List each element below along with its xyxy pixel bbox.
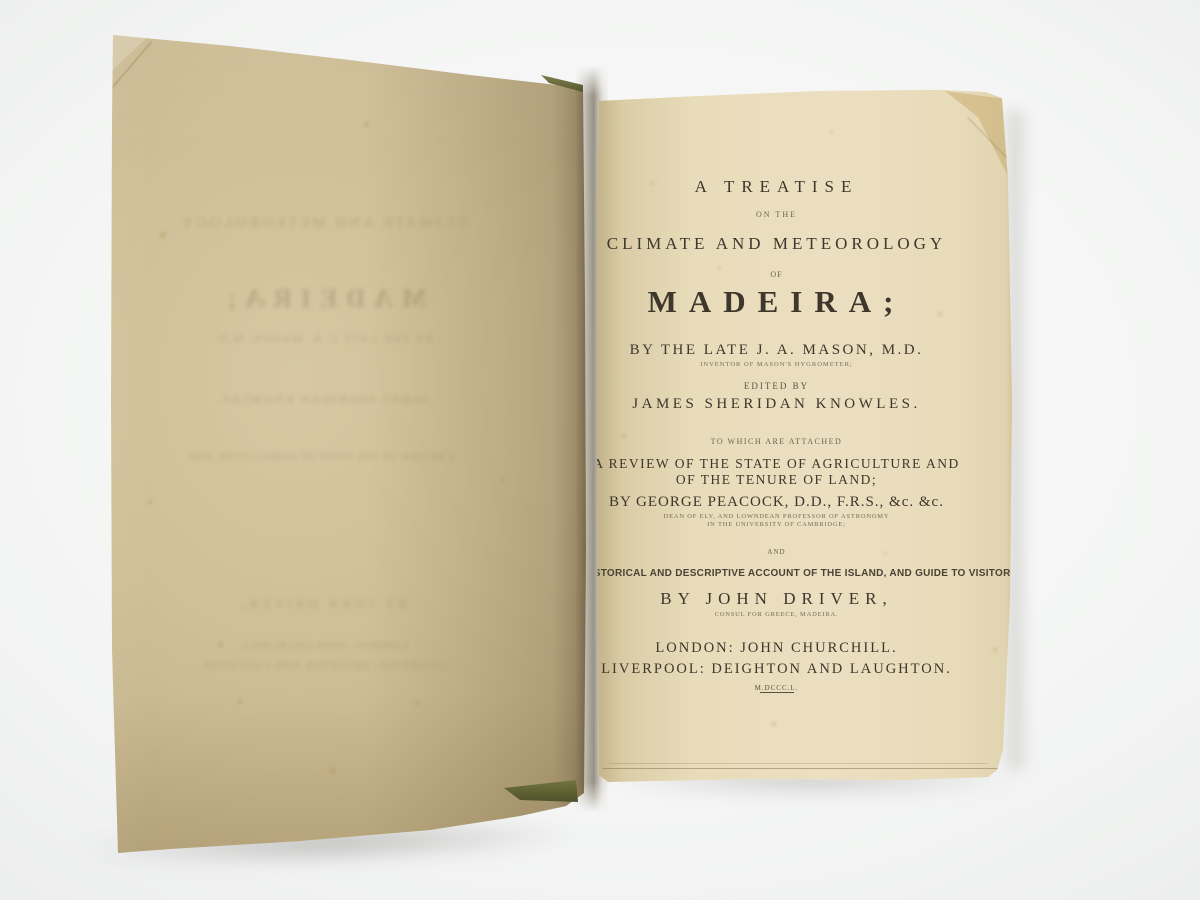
title-line-on-the: ON THE bbox=[565, 210, 988, 219]
and-line: AND bbox=[565, 548, 988, 556]
edited-by-line: EDITED BY bbox=[565, 381, 988, 391]
author-note-line: INVENTOR OF MASON'S HYGROMETER; bbox=[565, 361, 988, 368]
foxing-spot bbox=[218, 642, 223, 647]
photo-backdrop: CLIMATE AND METEOROLOGY MADEIRA; BY THE … bbox=[0, 0, 1200, 900]
foxing-spot bbox=[938, 312, 942, 316]
foxing-spot bbox=[238, 700, 242, 704]
show-through-line: MADEIRA; bbox=[55, 284, 590, 314]
foxing-spot bbox=[772, 722, 776, 726]
deckle-edge bbox=[55, 30, 65, 860]
foxing-spot bbox=[884, 552, 887, 555]
imprint-london-line: LONDON: JOHN CHURCHILL. bbox=[565, 640, 988, 657]
author-line: BY THE LATE J. A. MASON, M.D. bbox=[565, 342, 988, 359]
title-line-of: OF bbox=[565, 270, 988, 279]
show-through-line: CLIMATE AND METEOROLOGY bbox=[55, 215, 590, 232]
show-through-text: CLIMATE AND METEOROLOGY MADEIRA; BY THE … bbox=[55, 30, 590, 860]
foxing-spot bbox=[330, 768, 335, 773]
foxing-spot bbox=[622, 434, 626, 438]
foxing-spot bbox=[160, 232, 166, 238]
peacock-note-line-1: DEAN OF ELY, AND LOWNDEAN PROFESSOR OF A… bbox=[565, 513, 988, 520]
show-through-line: A REVIEW OF THE STATE OF AGRICULTURE AND bbox=[55, 452, 590, 463]
left-page: CLIMATE AND METEOROLOGY MADEIRA; BY THE … bbox=[55, 30, 590, 860]
foxing-spot bbox=[364, 122, 369, 127]
review-line-1: A REVIEW OF THE STATE OF AGRICULTURE AND bbox=[565, 456, 988, 472]
driver-line: BY JOHN DRIVER, bbox=[565, 589, 988, 609]
foxing-spot bbox=[993, 648, 997, 652]
title-line-madeira: MADEIRA; bbox=[565, 284, 988, 320]
foxing-spot bbox=[415, 700, 421, 706]
review-line-2: OF THE TENURE OF LAND; bbox=[565, 472, 988, 488]
title-line-climate-and-meteorology: CLIMATE AND METEOROLOGY bbox=[565, 234, 988, 254]
foxing-spot bbox=[830, 130, 833, 133]
show-through-line: LONDON: JOHN CHURCHILL. bbox=[55, 640, 590, 652]
show-through-line: BY JOHN DRIVER, bbox=[55, 596, 590, 612]
imprint-liverpool-line: LIVERPOOL: DEIGHTON AND LAUGHTON. bbox=[565, 661, 988, 678]
title-page: A TREATISE ON THE CLIMATE AND METEOROLOG… bbox=[593, 55, 1016, 790]
show-through-line: JAMES SHERIDAN KNOWLES. bbox=[55, 392, 590, 407]
foxing-spot bbox=[500, 478, 504, 482]
driver-note-line: CONSUL FOR GREECE, MADEIRA. bbox=[565, 611, 988, 618]
account-line: AN HISTORICAL AND DESCRIPTIVE ACCOUNT OF… bbox=[565, 568, 988, 579]
title-page-text: A TREATISE ON THE CLIMATE AND METEOROLOG… bbox=[565, 55, 988, 790]
attached-line: TO WHICH ARE ATTACHED bbox=[565, 437, 988, 446]
peacock-note-line-2: IN THE UNIVERSITY OF CAMBRIDGE; bbox=[565, 521, 988, 528]
show-through-line: BY THE LATE J. A. MASON, M.D. bbox=[55, 333, 590, 345]
date-line: M.DCCC.L. bbox=[565, 684, 988, 692]
foxing-spot bbox=[651, 182, 654, 185]
show-through-line: LIVERPOOL: DEIGHTON AND LAUGHTON. bbox=[55, 660, 590, 672]
foxing-spot bbox=[148, 500, 152, 504]
foxing-spot bbox=[262, 300, 266, 304]
peacock-line: BY GEORGE PEACOCK, D.D., F.R.S., &c. &c. bbox=[565, 494, 988, 511]
foxing-spot bbox=[718, 266, 721, 269]
editor-line: JAMES SHERIDAN KNOWLES. bbox=[565, 396, 988, 413]
title-line-a-treatise: A TREATISE bbox=[565, 177, 988, 197]
